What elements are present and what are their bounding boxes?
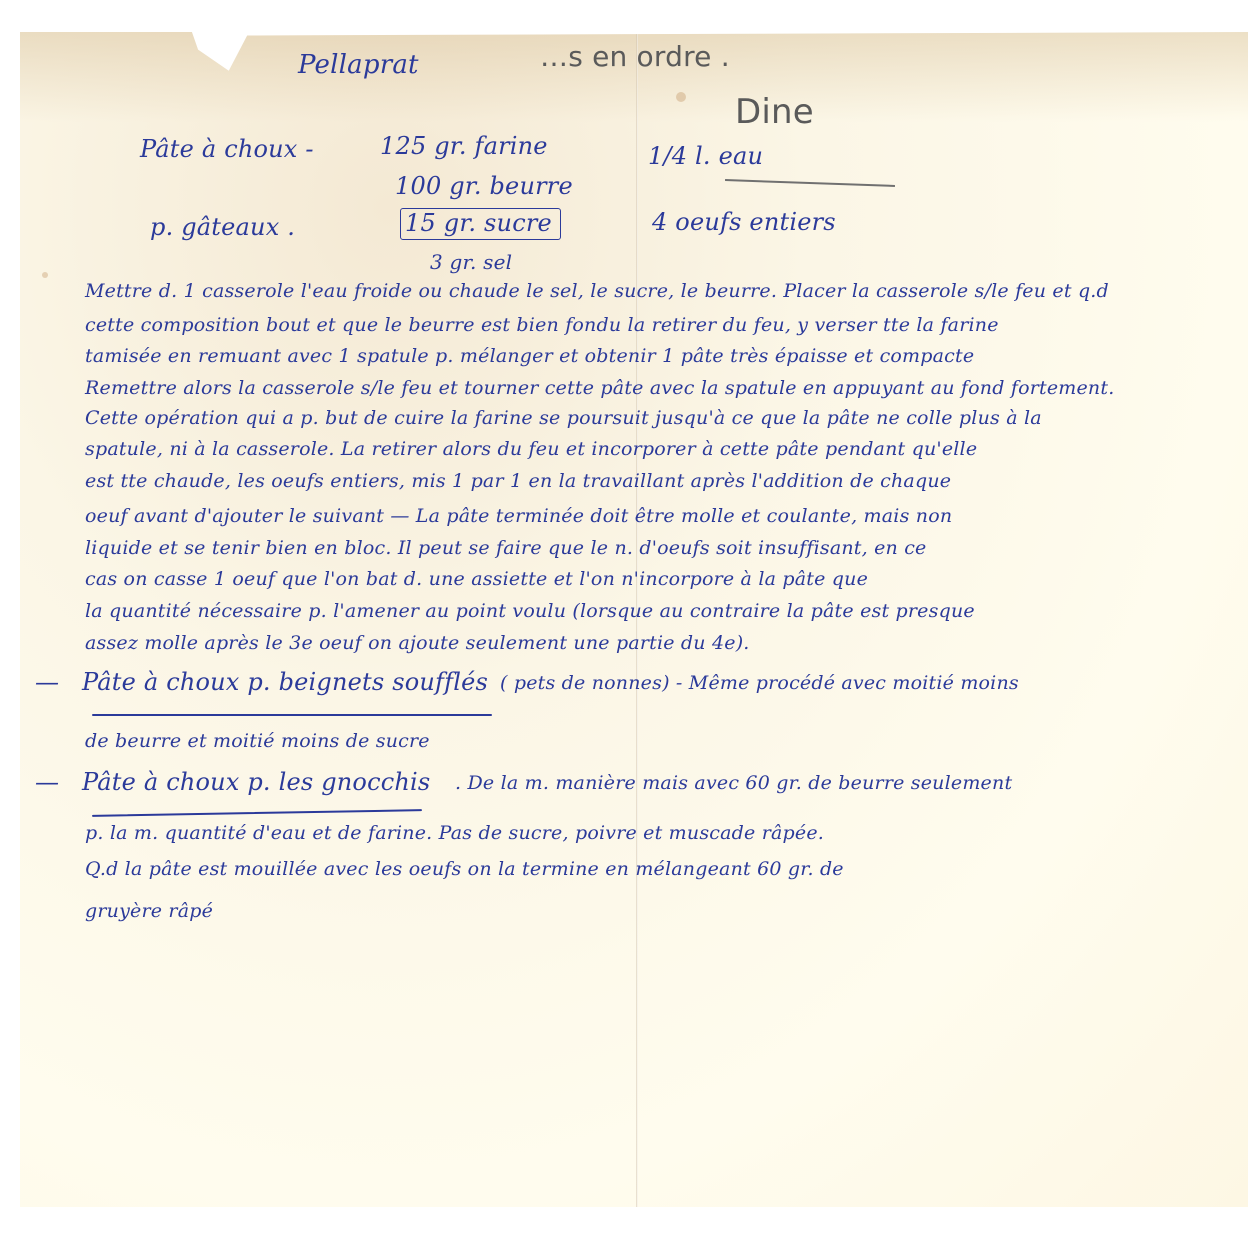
author-name: Pellaprat: [298, 50, 419, 80]
method-line: Remettre alors la casserole s/le feu et …: [85, 377, 1114, 399]
ingredient-flour: 125 gr. farine: [380, 132, 548, 160]
ingredient-salt: 3 gr. sel: [430, 250, 512, 274]
variation-title: Pâte à choux p. beignets soufflés: [82, 668, 488, 696]
section-title: Dine: [735, 92, 814, 132]
method-line: liquide et se tenir bien en bloc. Il peu…: [85, 537, 927, 559]
method-line: tamisée en remuant avec 1 spatule p. mél…: [85, 345, 974, 367]
variation-dash: —: [35, 768, 59, 796]
variation-continuation: p. la m. quantité d'eau et de farine. Pa…: [85, 822, 824, 844]
variation-continuation: Q.d la pâte est mouillée avec les oeufs …: [85, 858, 844, 880]
paper-stain: [676, 92, 686, 102]
ingredient-butter: 100 gr. beurre: [395, 172, 573, 200]
recipe-title: Pâte à choux -: [140, 135, 314, 163]
method-line: Cette opération qui a p. but de cuire la…: [85, 407, 1042, 429]
variation-title: Pâte à choux p. les gnocchis: [82, 768, 430, 796]
pencil-note: …s en ordre .: [540, 40, 730, 73]
method-line: cette composition bout et que le beurre …: [85, 314, 999, 336]
method-line: assez molle après le 3e oeuf on ajoute s…: [85, 632, 750, 654]
variation-continuation: de beurre et moitié moins de sucre: [85, 730, 430, 752]
method-line: oeuf avant d'ajouter le suivant — La pât…: [85, 505, 952, 527]
method-line: la quantité nécessaire p. l'amener au po…: [85, 600, 975, 622]
recipe-subtitle: p. gâteaux .: [150, 213, 295, 241]
paper-stain: [42, 272, 48, 278]
method-line: est tte chaude, les oeufs entiers, mis 1…: [85, 470, 951, 492]
variation-text: . De la m. manière mais avec 60 gr. de b…: [455, 772, 1012, 794]
variation-continuation: gruyère râpé: [85, 900, 213, 922]
ingredient-water: 1/4 l. eau: [648, 142, 763, 170]
ingredient-eggs: 4 oeufs entiers: [652, 208, 836, 236]
variation-text: ( pets de nonnes) - Même procédé avec mo…: [500, 672, 1019, 694]
variation-dash: —: [35, 668, 59, 696]
method-line: spatule, ni à la casserole. La retirer a…: [85, 438, 977, 460]
variation-underline: [92, 714, 492, 716]
ingredient-sugar: 15 gr. sucre: [400, 208, 561, 240]
method-line: cas on casse 1 oeuf que l'on bat d. une …: [85, 568, 868, 590]
method-line: Mettre d. 1 casserole l'eau froide ou ch…: [85, 280, 1109, 302]
